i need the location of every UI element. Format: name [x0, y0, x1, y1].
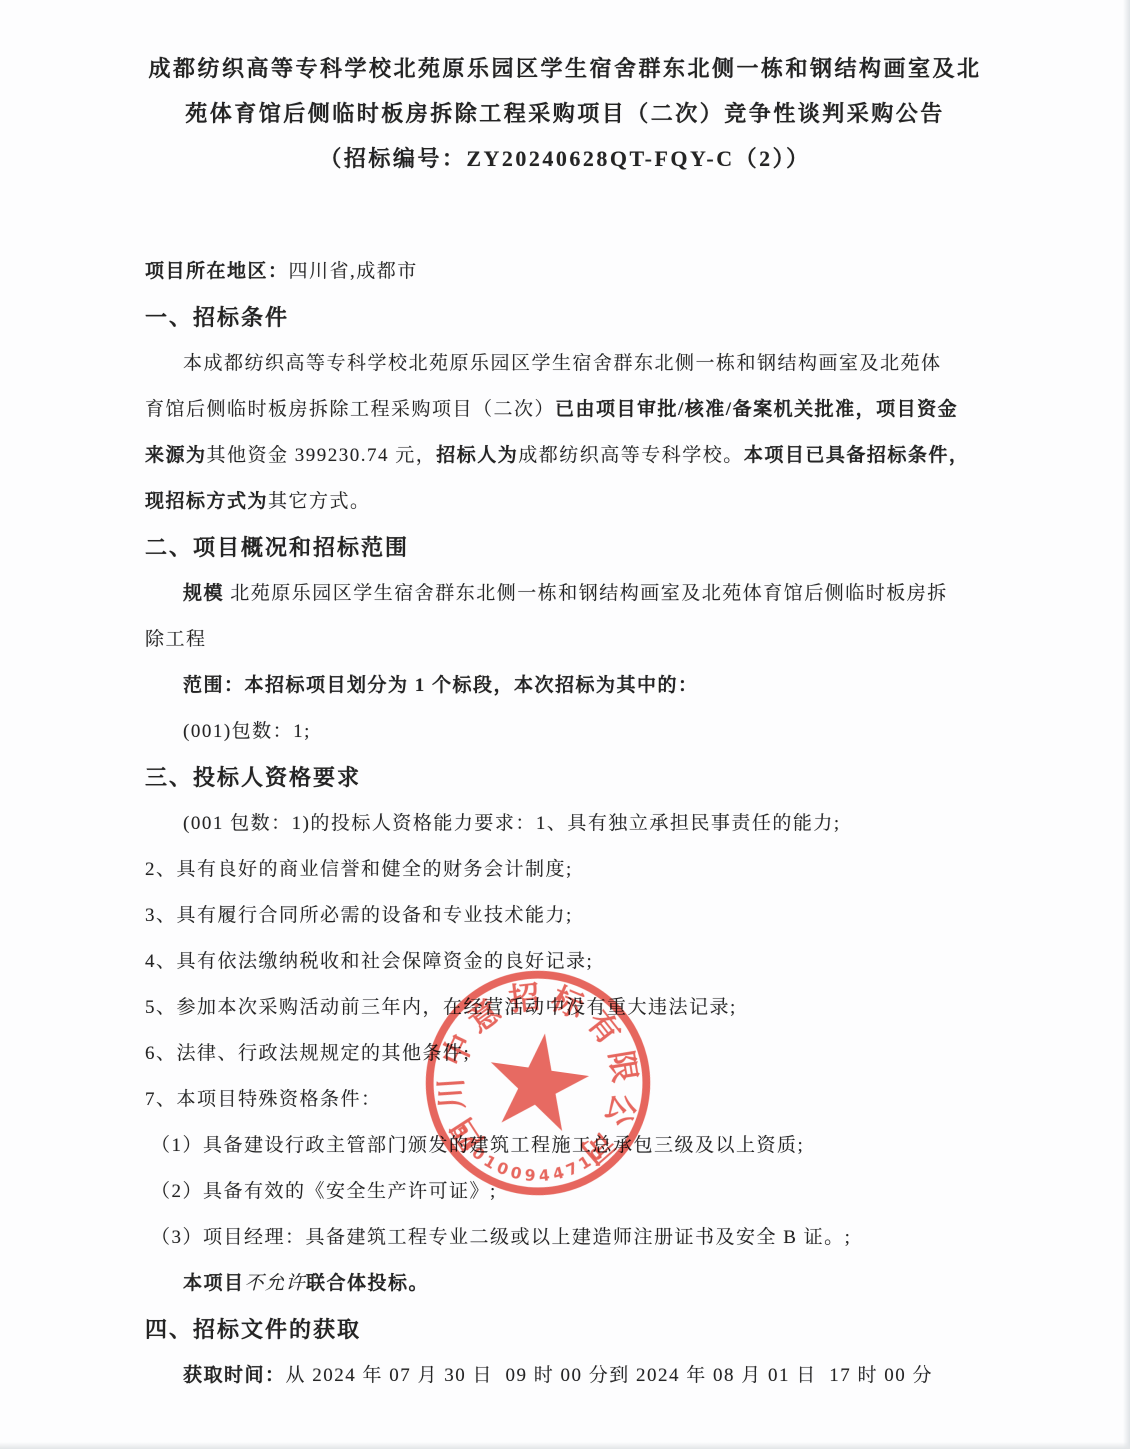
document-title-line: 成都纺织高等专科学校北苑原乐园区学生宿舍群东北侧一栋和钢结构画室及北: [145, 46, 985, 91]
text-segment: 其他资金 399230.74 元，: [207, 445, 437, 466]
text-line: （1）具备建设行政主管部门颁发的建筑工程施工总承包三级及以上资质;: [145, 1123, 985, 1169]
text-segment: 联合体投标。: [306, 1273, 429, 1294]
text-segment: 四川省,成都市: [289, 261, 418, 282]
document-body: 成都纺织高等专科学校北苑原乐园区学生宿舍群东北侧一栋和钢结构画室及北苑体育馆后侧…: [145, 46, 985, 1399]
text-segment: 2、具有良好的商业信誉和健全的财务会计制度;: [145, 859, 573, 880]
text-segment: 本项目已具备招标条件，: [744, 445, 970, 466]
text-segment: 3、具有履行合同所必需的设备和专业技术能力;: [145, 905, 573, 926]
text-line: 本成都纺织高等专科学校北苑原乐园区学生宿舍群东北侧一栋和钢结构画室及北苑体: [145, 341, 985, 387]
section-heading: 二、项目概况和招标范围: [145, 525, 985, 571]
text-line: 2、具有良好的商业信誉和健全的财务会计制度;: [145, 847, 985, 893]
text-segment: 4、具有依法缴纳税收和社会保障资金的良好记录;: [145, 951, 593, 972]
text-segment: 获取时间：: [183, 1365, 286, 1386]
text-line: 范围：本招标项目划分为 1 个标段，本次招标为其中的：: [145, 663, 985, 709]
text-segment: (001)包数：1;: [183, 721, 311, 742]
text-segment: （3）项目经理：具备建筑工程专业二级或以上建造师注册证书及安全 B 证。;: [151, 1227, 851, 1248]
text-segment: 育馆后侧临时板房拆除工程采购项目（二次）: [145, 399, 555, 420]
text-line: 规模 北苑原乐园区学生宿舍群东北侧一栋和钢结构画室及北苑体育馆后侧临时板房拆: [145, 571, 985, 617]
title-spacer: [145, 181, 985, 249]
text-segment: 三、投标人资格要求: [145, 765, 361, 790]
text-segment: 本成都纺织高等专科学校北苑原乐园区学生宿舍群东北侧一栋和钢结构画室及北苑体: [183, 353, 942, 374]
text-line: 6、法律、行政法规规定的其他条件;: [145, 1031, 985, 1077]
text-segment: 成都纺织高等专科学校。: [518, 445, 744, 466]
text-line: 现招标方式为其它方式。: [145, 479, 985, 525]
text-line: 4、具有依法缴纳税收和社会保障资金的良好记录;: [145, 939, 985, 985]
text-segment: 规模: [183, 583, 230, 604]
text-segment: 范围：本招标项目划分为 1 个标段，本次招标为其中的：: [183, 675, 699, 696]
text-line: 获取时间：从 2024 年 07 月 30 日 09 时 00 分到 2024 …: [145, 1353, 985, 1399]
text-segment: 5、参加本次采购活动前三年内，在经营活动中没有重大违法记录;: [145, 997, 737, 1018]
text-segment: （招标编号：ZY20240628QT-FQY-C（2））: [319, 146, 810, 171]
text-segment: 招标人为: [436, 445, 518, 466]
section-heading: 一、招标条件: [145, 295, 985, 341]
document-page: 成都纺织高等专科学校北苑原乐园区学生宿舍群东北侧一栋和钢结构画室及北苑体育馆后侧…: [0, 0, 1130, 1449]
text-segment: 其它方式。: [268, 491, 371, 512]
text-segment: 6、法律、行政法规规定的其他条件;: [145, 1043, 470, 1064]
text-segment: （2）具备有效的《安全生产许可证》;: [151, 1181, 497, 1202]
text-segment: 除工程: [145, 629, 207, 650]
text-segment: 已由项目审批/核准/备案机关批准，项目资金: [555, 399, 958, 420]
text-segment: 不允许: [245, 1273, 307, 1294]
section-heading: 三、投标人资格要求: [145, 755, 985, 801]
text-line: (001 包数：1)的投标人资格能力要求：1、具有独立承担民事责任的能力;: [145, 801, 985, 847]
text-segment: 四、招标文件的获取: [145, 1317, 361, 1342]
text-segment: 7、本项目特殊资格条件：: [145, 1089, 382, 1110]
text-segment: 苑体育馆后侧临时板房拆除工程采购项目（二次）竞争性谈判采购公告: [185, 101, 945, 126]
text-line: 除工程: [145, 617, 985, 663]
text-line: 项目所在地区：四川省,成都市: [145, 249, 985, 295]
scan-edge-right: [1123, 0, 1130, 1449]
text-line: （2）具备有效的《安全生产许可证》;: [145, 1169, 985, 1215]
text-segment: 成都纺织高等专科学校北苑原乐园区学生宿舍群东北侧一栋和钢结构画室及北: [148, 56, 981, 81]
text-line: 育馆后侧临时板房拆除工程采购项目（二次）已由项目审批/核准/备案机关批准，项目资…: [145, 387, 985, 433]
document-title-line: （招标编号：ZY20240628QT-FQY-C（2））: [145, 136, 985, 181]
text-line: （3）项目经理：具备建筑工程专业二级或以上建造师注册证书及安全 B 证。;: [145, 1215, 985, 1261]
text-segment: 现招标方式为: [145, 491, 268, 512]
text-segment: 来源为: [145, 445, 207, 466]
section-heading: 四、招标文件的获取: [145, 1307, 985, 1353]
text-segment: (001 包数：1)的投标人资格能力要求：1、具有独立承担民事责任的能力;: [183, 813, 841, 834]
text-line: 来源为其他资金 399230.74 元，招标人为成都纺织高等专科学校。本项目已具…: [145, 433, 985, 479]
text-segment: 项目所在地区：: [145, 261, 289, 282]
text-line: 本项目不允许联合体投标。: [145, 1261, 985, 1307]
text-segment: 从 2024 年 07 月 30 日 09 时 00 分到 2024 年 08 …: [286, 1365, 934, 1386]
text-segment: 一、招标条件: [145, 305, 289, 330]
text-line: 5、参加本次采购活动前三年内，在经营活动中没有重大违法记录;: [145, 985, 985, 1031]
text-line: (001)包数：1;: [145, 709, 985, 755]
document-title-line: 苑体育馆后侧临时板房拆除工程采购项目（二次）竞争性谈判采购公告: [145, 91, 985, 136]
text-line: 7、本项目特殊资格条件：: [145, 1077, 985, 1123]
text-segment: 北苑原乐园区学生宿舍群东北侧一栋和钢结构画室及北苑体育馆后侧临时板房拆: [230, 583, 948, 604]
text-segment: 二、项目概况和招标范围: [145, 535, 409, 560]
text-segment: （1）具备建设行政主管部门颁发的建筑工程施工总承包三级及以上资质;: [151, 1135, 804, 1156]
text-line: 3、具有履行合同所必需的设备和专业技术能力;: [145, 893, 985, 939]
scan-edge-bottom: [0, 1442, 1130, 1449]
text-segment: 本项目: [183, 1273, 245, 1294]
